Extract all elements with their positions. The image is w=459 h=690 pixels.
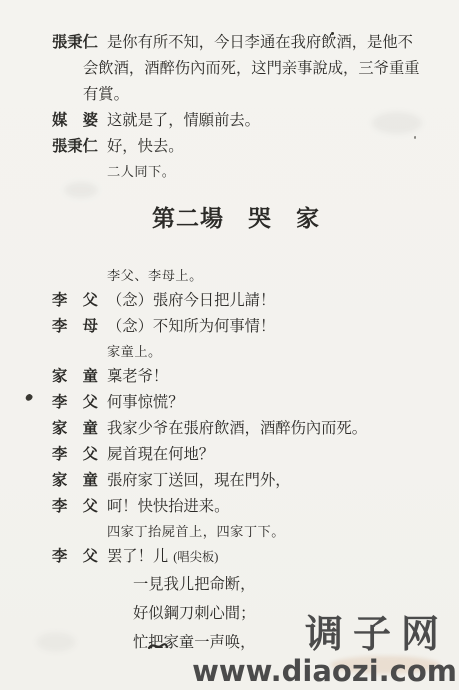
dialogue-text: 我家少爷在張府飲酒，酒醉伤內而死。: [107, 420, 367, 437]
ink-squiggle: [148, 638, 168, 656]
speaker-name: 李 父: [52, 544, 98, 570]
speaker-name: 張秉仁: [52, 134, 98, 160]
speaker-name: 李 父: [52, 494, 98, 520]
dialogue-line: 李 父罢了！儿(唱尖板): [83, 544, 420, 570]
dialogue-text: 是你有所不知，今日李通在我府飲酒，是他不会飲酒，酒醉伤內而死，这門亲事說成，三爷…: [83, 34, 420, 103]
script-page: 張秉仁是你有所不知，今日李通在我府飲酒，是他不会飲酒，酒醉伤內而死，这門亲事說成…: [0, 0, 459, 657]
stage-direction: 家童上。: [107, 340, 420, 364]
dialogue-text: 罢了！儿: [107, 548, 168, 565]
dialogue-line: 家 童稟老爷！: [83, 364, 420, 390]
watermark-site-name: 调子网: [192, 615, 449, 653]
dialogue-line: 張秉仁好，快去。: [83, 134, 420, 160]
speaker-name: 家 童: [52, 468, 98, 494]
speaker-name: 媒 婆: [52, 108, 98, 134]
dialogue-text: 好，快去。: [107, 138, 184, 155]
speaker-name: 李 父: [52, 442, 98, 468]
dialogue-text: 稟老爷！: [107, 368, 168, 385]
scan-smudge: [372, 112, 422, 134]
stage-direction: 四家丁抬屍首上，四家丁下。: [107, 520, 420, 544]
watermark-site-url: www.diaozi.com: [192, 657, 457, 686]
speaker-name: 李 父: [52, 288, 98, 314]
scene-title: 第二場 哭 家: [52, 204, 420, 234]
scan-smudge: [64, 182, 98, 198]
dialogue-text: 屍首現在何地？: [107, 446, 214, 463]
dialogue-text: 張府家丁送回，現在門外，: [107, 472, 291, 489]
speaker-name: 家 童: [52, 416, 98, 442]
speaker-name: 李 父: [52, 390, 98, 416]
dialogue-text: 何事惊慌？: [107, 394, 184, 411]
speaker-name: 張秉仁: [52, 30, 98, 56]
dialogue-line: 張秉仁是你有所不知，今日李通在我府飲酒，是他不会飲酒，酒醉伤內而死，这門亲事說成…: [83, 30, 420, 108]
dialogue-line: 李 母（念）不知所为何事情！: [83, 314, 420, 340]
dialogue-line: 李 父何事惊慌？: [83, 390, 420, 416]
stage-direction: 李父、李母上。: [107, 264, 420, 288]
watermark: 调子网 www.diaozi.com: [192, 615, 457, 686]
dialogue-text: 呵！快快抬进来。: [107, 498, 229, 515]
dialogue-text: （念）張府今日把儿請！: [107, 292, 275, 309]
dialogue-line: 媒 婆这就是了，情願前去。: [83, 108, 420, 134]
dialogue-text: （念）不知所为何事情！: [107, 318, 275, 335]
stage-direction: 二人同下。: [107, 160, 420, 184]
performance-note: (唱尖板): [173, 550, 218, 564]
dialogue-line: 李 父（念）張府今日把儿請！: [83, 288, 420, 314]
dialogue-line: 李 父呵！快快抬进来。: [83, 494, 420, 520]
lyric-line: 一見我儿把命断，: [133, 570, 420, 599]
dialogue-text: 这就是了，情願前去。: [107, 112, 260, 129]
dialogue-line: 家 童我家少爷在張府飲酒，酒醉伤內而死。: [83, 416, 420, 442]
dialogue-line: 家 童張府家丁送回，現在門外，: [83, 468, 420, 494]
speaker-name: 李 母: [52, 314, 98, 340]
dialogue-line: 李 父屍首現在何地？: [83, 442, 420, 468]
speaker-name: 家 童: [52, 364, 98, 390]
scan-smudge: [36, 632, 76, 652]
